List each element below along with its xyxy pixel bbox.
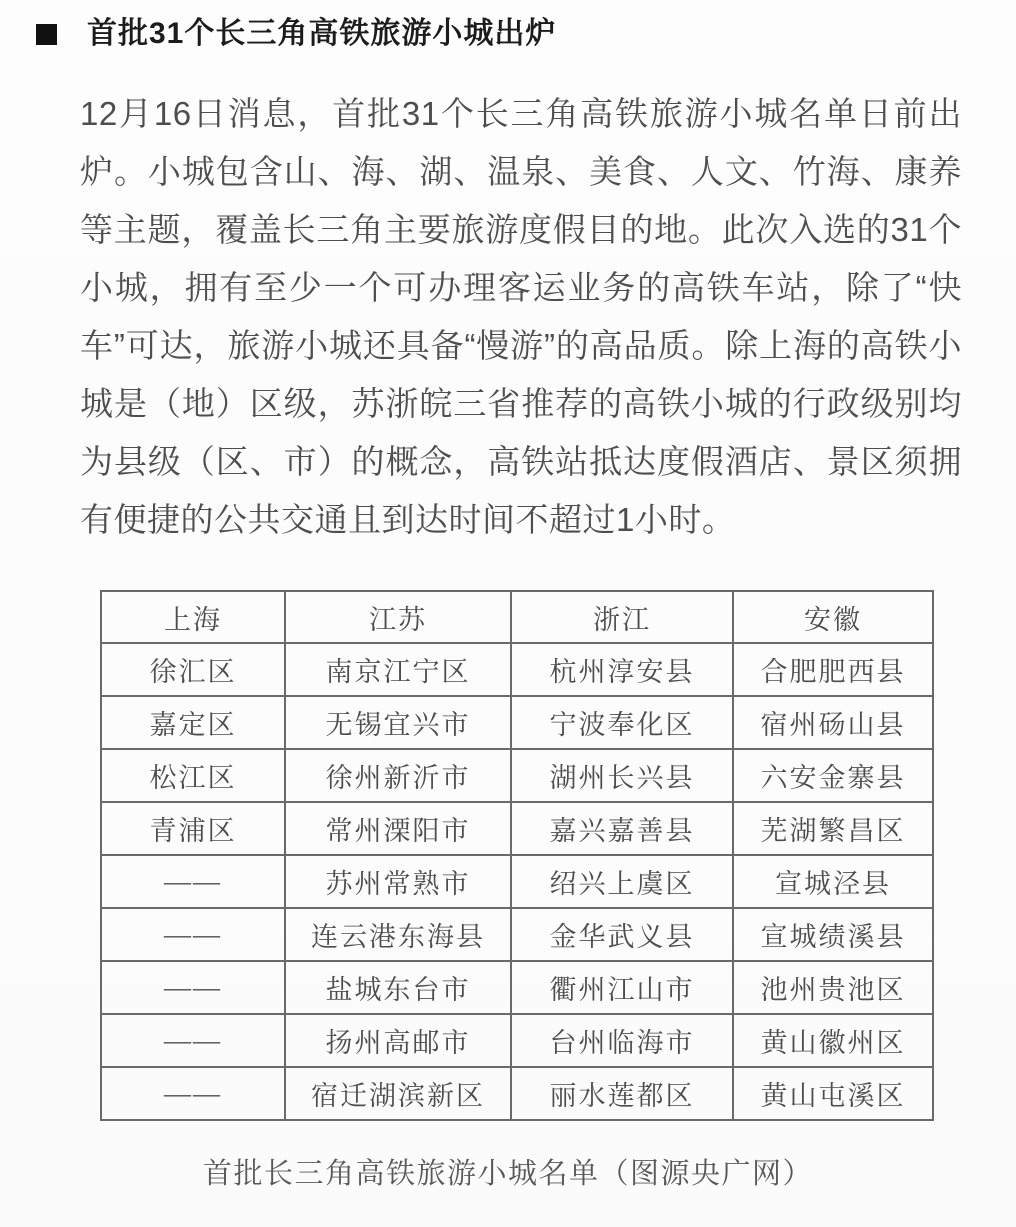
table-cell: 六安金寨县 xyxy=(733,749,933,802)
table-cell: 嘉定区 xyxy=(101,696,285,749)
page-title: 首批31个长三角高铁旅游小城出炉 xyxy=(87,16,556,52)
headline: 首批31个长三角高铁旅游小城出炉 xyxy=(0,0,1016,52)
table-cell: 芜湖繁昌区 xyxy=(733,802,933,855)
table-row: —— 连云港东海县 金华武义县 宣城绩溪县 xyxy=(101,908,933,961)
table-cell: —— xyxy=(101,961,285,1014)
table-cell: 金华武义县 xyxy=(511,908,733,961)
table-header-shanghai: 上海 xyxy=(101,591,285,643)
table-cell: 杭州淳安县 xyxy=(511,643,733,696)
table-cell: 宣城泾县 xyxy=(733,855,933,908)
table-row: 嘉定区 无锡宜兴市 宁波奉化区 宿州砀山县 xyxy=(101,696,933,749)
table-caption: 首批长三角高铁旅游小城名单（图源央广网） xyxy=(0,1151,1016,1192)
table-cell: 扬州高邮市 xyxy=(285,1014,511,1067)
table-cell: 常州溧阳市 xyxy=(285,802,511,855)
table-cell: 合肥肥西县 xyxy=(733,643,933,696)
table-cell: 衢州江山市 xyxy=(511,961,733,1014)
article-paragraph: 12月16日消息，首批31个长三角高铁旅游小城名单日前出炉。小城包含山、海、湖、… xyxy=(80,85,962,549)
table-row: 青浦区 常州溧阳市 嘉兴嘉善县 芜湖繁昌区 xyxy=(101,802,933,855)
table-cell: 青浦区 xyxy=(101,802,285,855)
table-cell: 池州贵池区 xyxy=(733,961,933,1014)
table-cell: 松江区 xyxy=(101,749,285,802)
table-cell: 徐州新沂市 xyxy=(285,749,511,802)
table-cell: —— xyxy=(101,1067,285,1120)
table-cell: —— xyxy=(101,855,285,908)
table-cell: 宣城绩溪县 xyxy=(733,908,933,961)
table-cell: 苏州常熟市 xyxy=(285,855,511,908)
table-header-anhui: 安徽 xyxy=(733,591,933,643)
table-cell: 盐城东台市 xyxy=(285,961,511,1014)
table-header-jiangsu: 江苏 xyxy=(285,591,511,643)
table-cell: 台州临海市 xyxy=(511,1014,733,1067)
table-cell: 湖州长兴县 xyxy=(511,749,733,802)
table-cell: 宿迁湖滨新区 xyxy=(285,1067,511,1120)
table-cell: 黄山徽州区 xyxy=(733,1014,933,1067)
table-cell: 南京江宁区 xyxy=(285,643,511,696)
table-cell: 宁波奉化区 xyxy=(511,696,733,749)
table-cell: 绍兴上虞区 xyxy=(511,855,733,908)
headline-bullet-icon xyxy=(36,24,57,45)
table-cell: 嘉兴嘉善县 xyxy=(511,802,733,855)
table-cell: —— xyxy=(101,1014,285,1067)
table-container: 上海 江苏 浙江 安徽 徐汇区 南京江宁区 杭州淳安县 合肥肥西县 嘉定区 无锡… xyxy=(100,590,1016,1121)
table-row: —— 宿迁湖滨新区 丽水莲都区 黄山屯溪区 xyxy=(101,1067,933,1120)
city-table: 上海 江苏 浙江 安徽 徐汇区 南京江宁区 杭州淳安县 合肥肥西县 嘉定区 无锡… xyxy=(100,590,934,1121)
table-cell: 宿州砀山县 xyxy=(733,696,933,749)
article-page: 首批31个长三角高铁旅游小城出炉 12月16日消息，首批31个长三角高铁旅游小城… xyxy=(0,0,1016,1227)
table-row: —— 盐城东台市 衢州江山市 池州贵池区 xyxy=(101,961,933,1014)
table-header-row: 上海 江苏 浙江 安徽 xyxy=(101,591,933,643)
table-cell: 徐汇区 xyxy=(101,643,285,696)
table-cell: —— xyxy=(101,908,285,961)
table-row: —— 扬州高邮市 台州临海市 黄山徽州区 xyxy=(101,1014,933,1067)
table-cell: 黄山屯溪区 xyxy=(733,1067,933,1120)
table-row: —— 苏州常熟市 绍兴上虞区 宣城泾县 xyxy=(101,855,933,908)
table-row: 徐汇区 南京江宁区 杭州淳安县 合肥肥西县 xyxy=(101,643,933,696)
table-cell: 无锡宜兴市 xyxy=(285,696,511,749)
table-cell: 连云港东海县 xyxy=(285,908,511,961)
table-header-zhejiang: 浙江 xyxy=(511,591,733,643)
table-row: 松江区 徐州新沂市 湖州长兴县 六安金寨县 xyxy=(101,749,933,802)
table-cell: 丽水莲都区 xyxy=(511,1067,733,1120)
